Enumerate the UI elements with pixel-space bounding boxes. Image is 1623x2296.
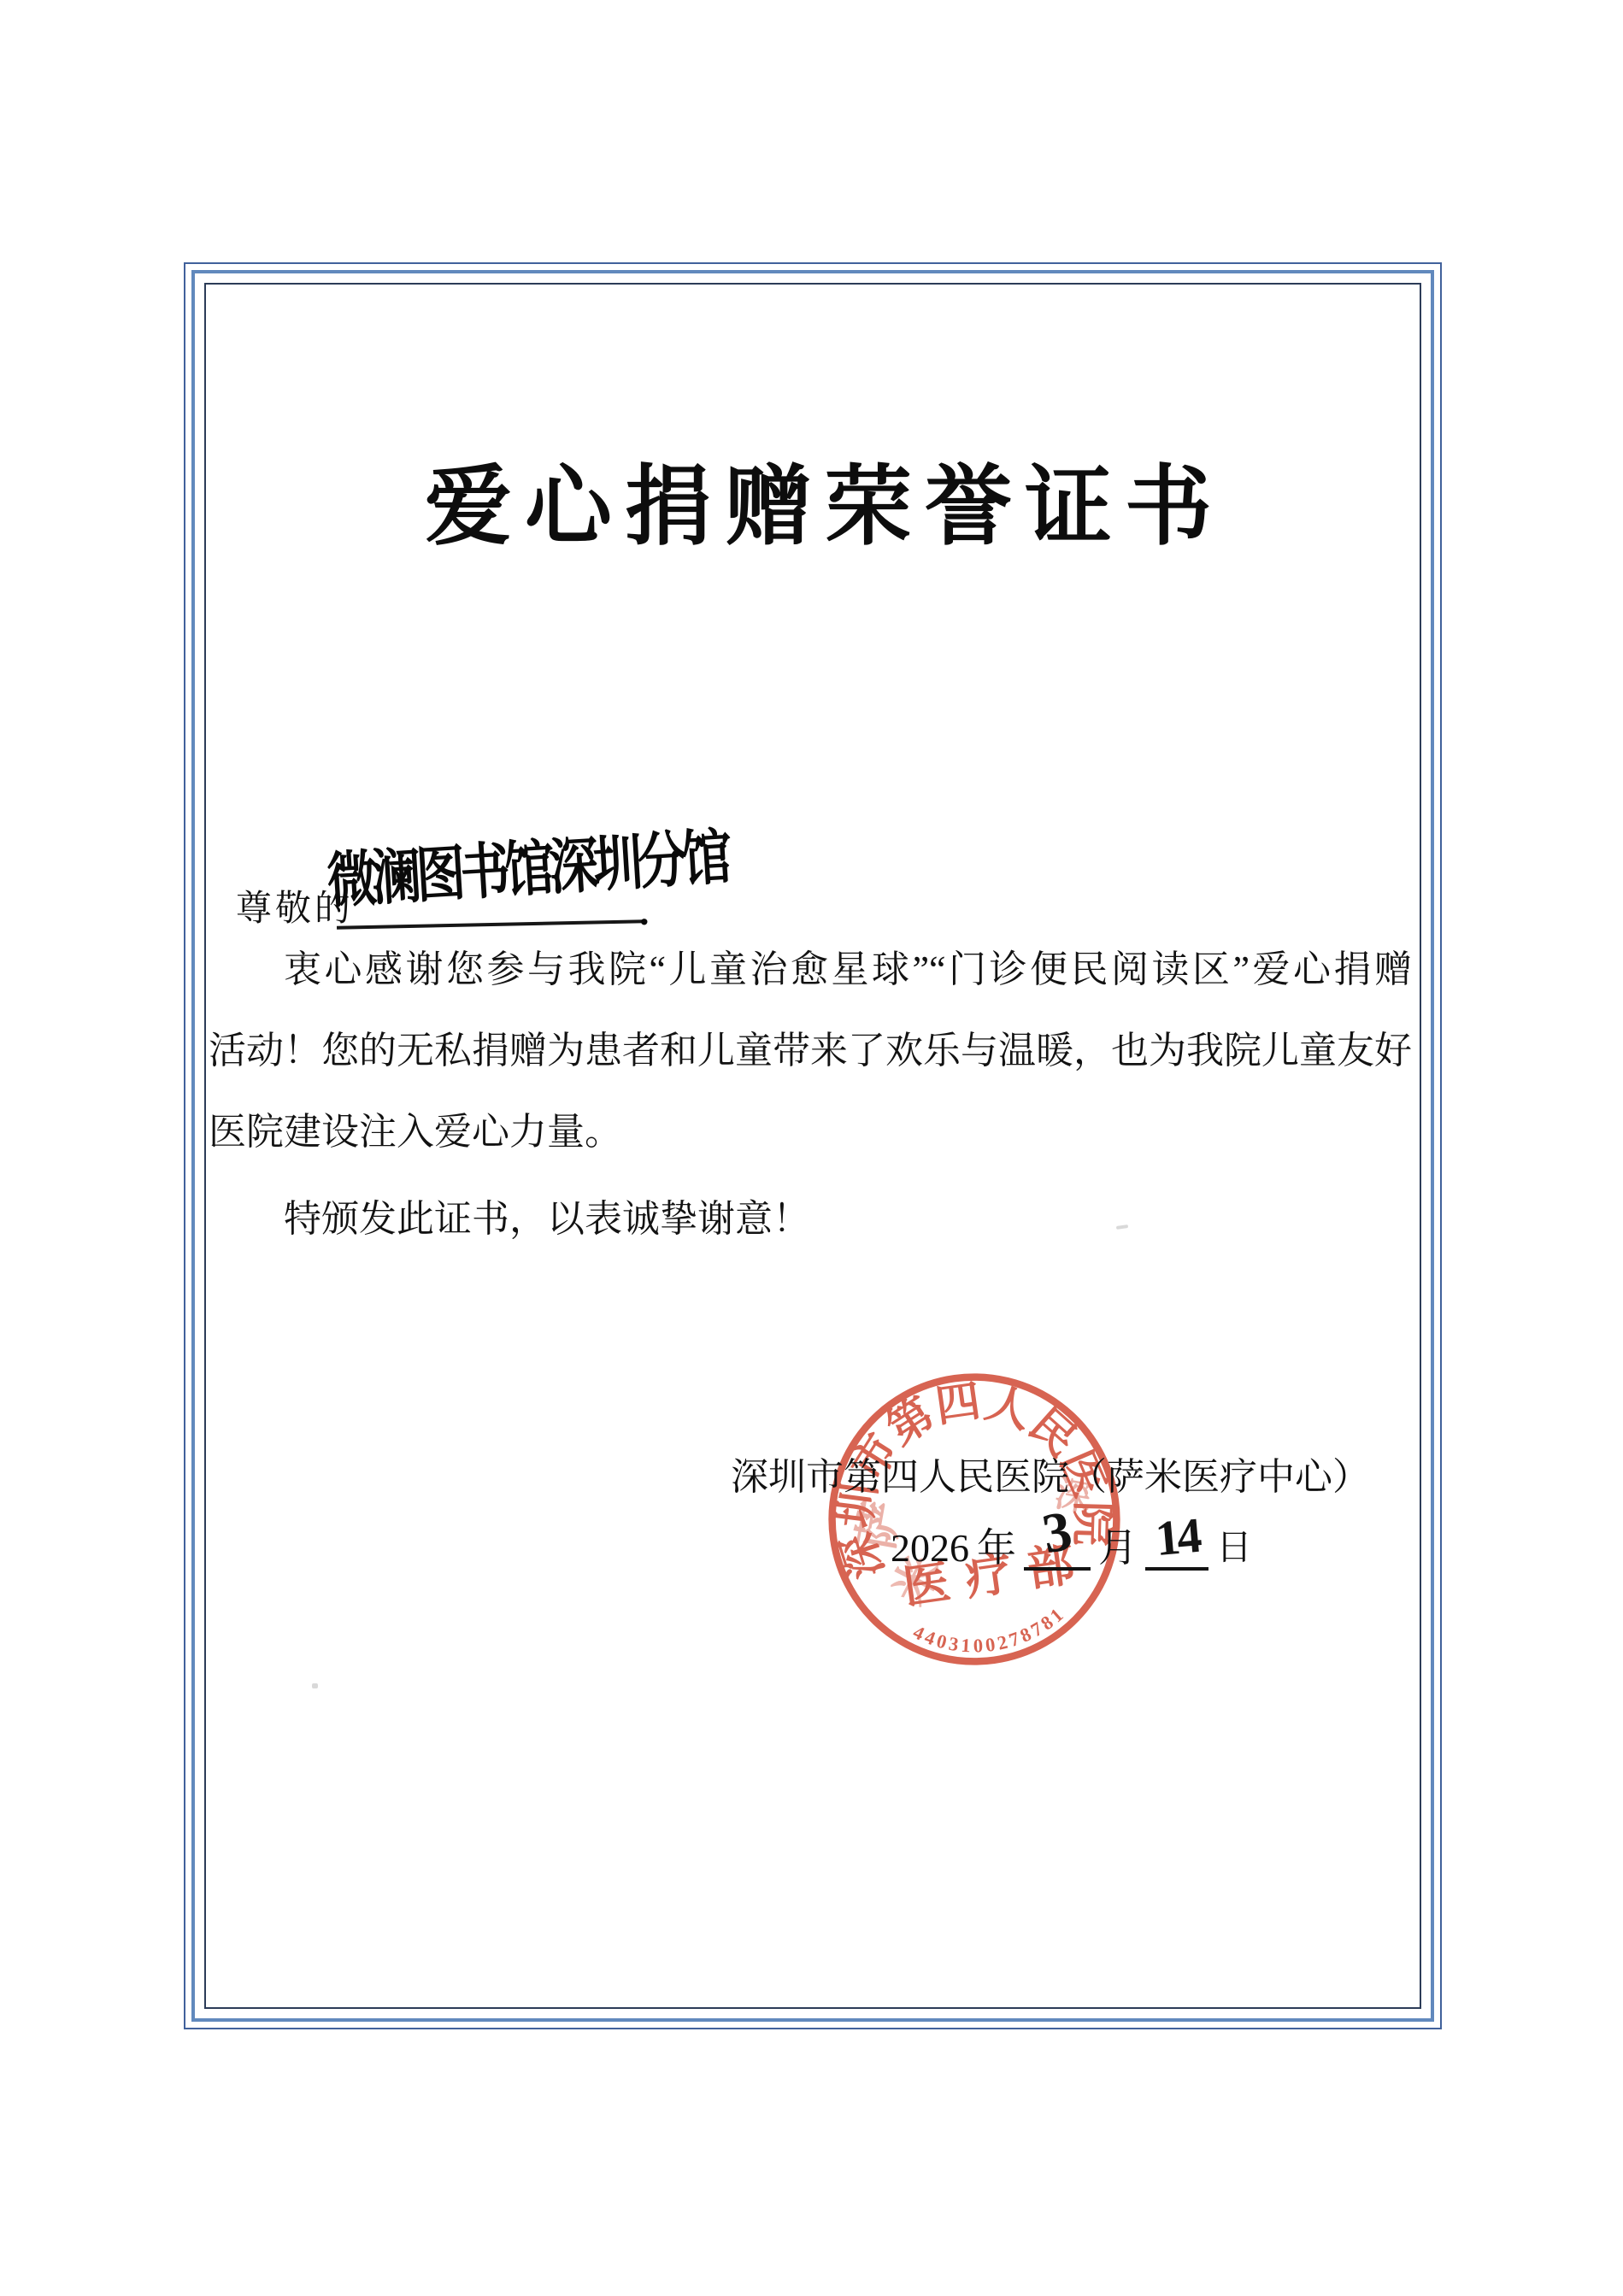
seal-graphic: 深圳市第四人民医院 4403100278781 医疗部 萨 米 深 bbox=[793, 1338, 1156, 1701]
issue-date-line: 2026 年 3 月 14 日 bbox=[891, 1526, 1252, 1571]
recipient-period-mark: . bbox=[639, 889, 650, 934]
date-month-handwritten: 3 bbox=[1019, 1495, 1096, 1571]
date-day-handwritten: 14 bbox=[1143, 1506, 1211, 1568]
body-line-3: 医院建设注入爱心力量。 bbox=[209, 1109, 1412, 1190]
certificate-page: { "page": { "background": "#ffffff" }, "… bbox=[0, 0, 1623, 2296]
scan-speck bbox=[312, 1683, 318, 1688]
certificate-title: 爱心捐赠荣誉证书 bbox=[217, 437, 1432, 562]
body-line-2: 活动！您的无私捐赠为患者和儿童带来了欢乐与温暖，也为我院儿童友好 bbox=[209, 1028, 1412, 1109]
date-year-value: 2026 bbox=[891, 1526, 969, 1571]
date-day-unit: 日 bbox=[1216, 1526, 1252, 1571]
date-year-unit: 年 bbox=[977, 1526, 1016, 1571]
certificate-body: 衷心感谢您参与我院“儿童治愈星球”“门诊便民阅读区”爱心捐赠 活动！您的无私捐赠… bbox=[209, 947, 1412, 1277]
closing-line: 特颁发此证书，以表诚挚谢意！ bbox=[209, 1196, 1412, 1277]
date-month-unit: 月 bbox=[1098, 1526, 1138, 1571]
date-month-blank: 3 bbox=[1024, 1526, 1091, 1571]
issuer-name: 深圳市第四人民医院（萨米医疗中心） bbox=[731, 1446, 1370, 1500]
body-line-1: 衷心感谢您参与我院“儿童治愈星球”“门诊便民阅读区”爱心捐赠 bbox=[209, 947, 1412, 1028]
date-day-blank: 14 bbox=[1145, 1526, 1208, 1571]
